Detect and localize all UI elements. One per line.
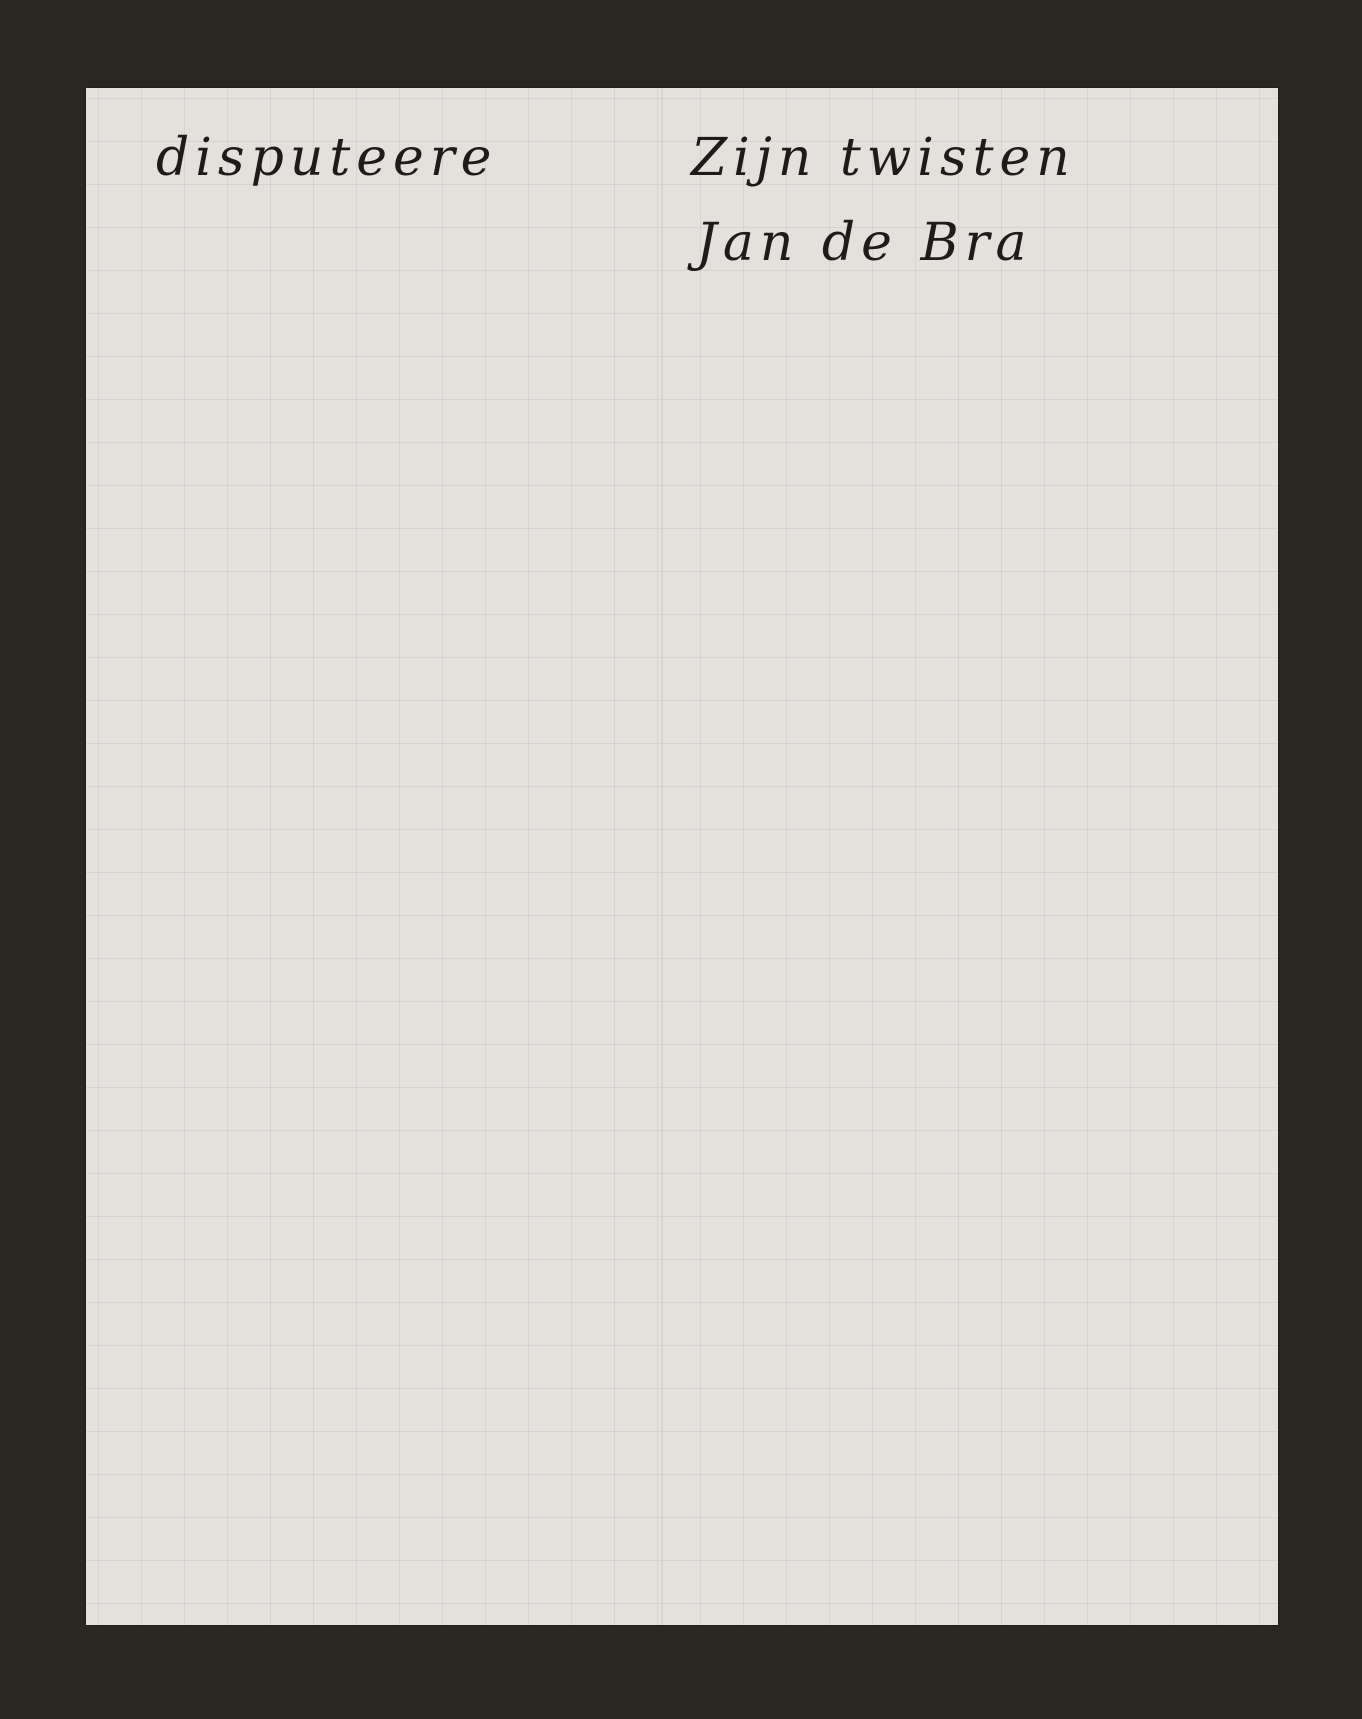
handwritten-line-2: Zijn twisten [691, 128, 1076, 188]
paper-sheet: disputeere Zijn twisten Jan de Bra [86, 88, 1278, 1625]
handwritten-line-1: disputeere [156, 128, 497, 188]
paper-fold [661, 88, 663, 1625]
handwritten-line-3: Jan de Bra [696, 213, 1033, 273]
